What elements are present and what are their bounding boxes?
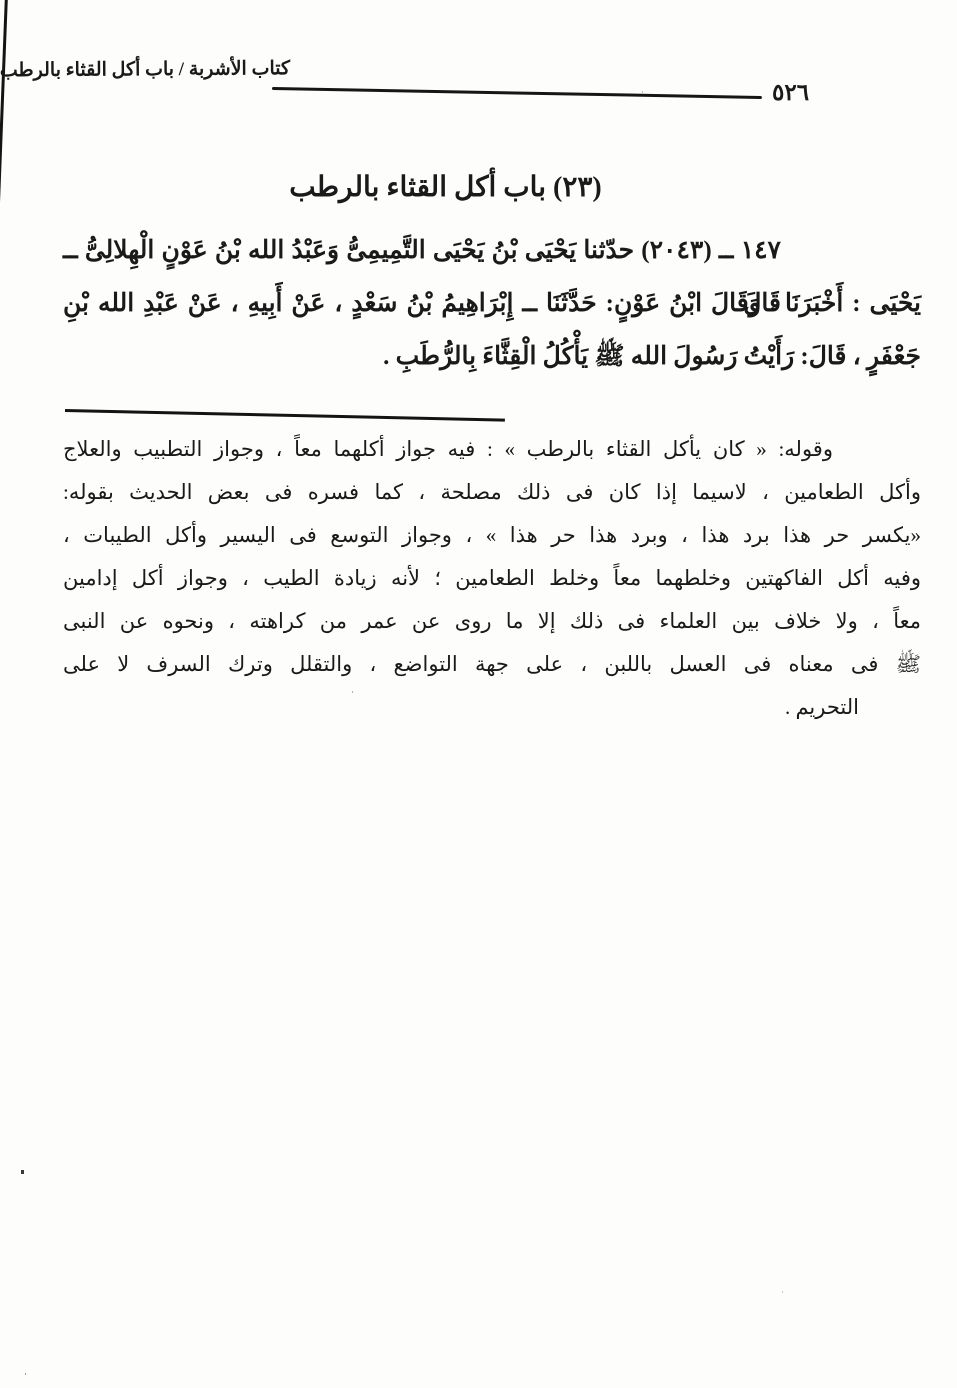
page-spine-line xyxy=(0,0,8,342)
commentary-line: التحريم . xyxy=(63,686,921,729)
scanned-book-page: كتاب الأشربة / باب أكل القثاء بالرطب ٥٢٦… xyxy=(0,0,957,1388)
hadith-line: ١٤٧ ــ (٢٠٤٣) حدّثنا يَحْيَى بْنُ يَحْيَ… xyxy=(63,224,921,277)
scan-speckles xyxy=(21,1170,24,1174)
commentary-divider-rule xyxy=(65,409,505,422)
chapter-heading: (٢٣) باب أكل القثاء بالرطب xyxy=(18,170,873,204)
hadith-line: جَعْفَرٍ ، قَالَ: رَأَيْتُ رَسُولَ الله … xyxy=(63,330,921,383)
commentary-line: «يكسر حر هذا برد هذا ، وبرد هذا حر هذا »… xyxy=(63,514,921,557)
commentary-line: معاً ، ولا خلاف بين العلماء فى ذلك إلا م… xyxy=(63,600,921,643)
header-rule xyxy=(272,87,762,99)
hadith-line: يَحْيَى : أَخْبَرَنَا . وَقَالَ ابْنُ عَ… xyxy=(63,277,921,330)
commentary-paragraph: وقوله: « كان يأكل القثاء بالرطب » : فيه … xyxy=(63,428,921,729)
header-running-title: كتاب الأشربة / باب أكل القثاء بالرطب xyxy=(60,57,290,82)
commentary-line: وأكل الطعامين ، لاسيما إذا كان فى ذلك مص… xyxy=(63,471,921,514)
commentary-line: وفيه أكل الفاكهتين وخلطهما معاً وخلط الط… xyxy=(63,557,921,600)
hadith-paragraph: ١٤٧ ــ (٢٠٤٣) حدّثنا يَحْيَى بْنُ يَحْيَ… xyxy=(63,224,921,383)
commentary-line: وقوله: « كان يأكل القثاء بالرطب » : فيه … xyxy=(63,428,921,471)
page-number: ٥٢٦ xyxy=(772,80,809,106)
commentary-line: ﷺ فى معناه فى العسل باللبن ، على جهة الت… xyxy=(63,643,921,686)
